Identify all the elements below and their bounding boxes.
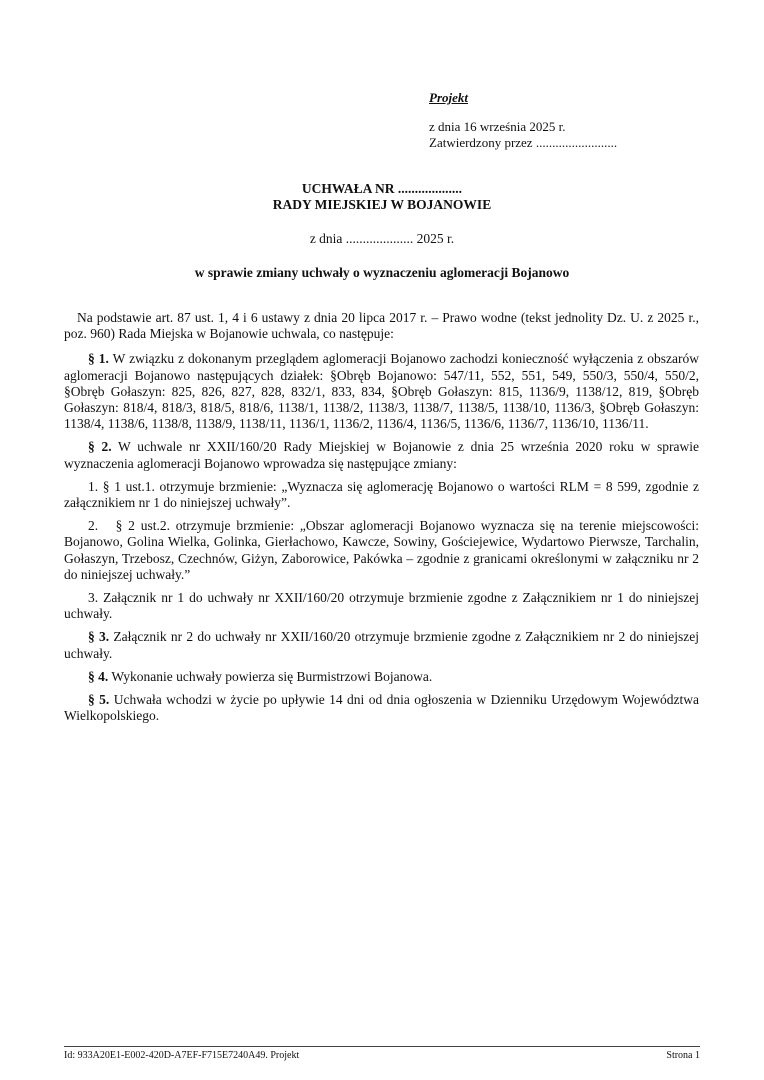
project-label: Projekt [429,90,617,106]
preamble: Na podstawie art. 87 ust. 1, 4 i 6 ustaw… [64,310,699,342]
section-2: § 2. W uchwale nr XXII/160/20 Rady Miejs… [64,439,699,471]
approved-by: Zatwierdzony przez .....................… [429,135,617,151]
section-2-item-1: 1. § 1 ust.1. otrzymuje brzmienie: „Wyzn… [64,479,699,511]
page-footer: Id: 933A20E1-E002-420D-A7EF-F715E7240A49… [64,1050,700,1062]
section-5: § 5. Uchwała wchodzi w życie po upływie … [64,692,699,724]
section-2-item-2: 2. § 2 ust.2. otrzymuje brzmienie: „Obsz… [64,518,699,583]
section-3: § 3. Załącznik nr 2 do uchwały nr XXII/1… [64,629,699,661]
title-line-2: RADY MIEJSKIEJ W BOJANOWIE [0,197,764,213]
project-date: z dnia 16 września 2025 r. [429,119,617,135]
resolution-date: z dnia .................... 2025 r. [0,231,764,247]
document-page: Projekt z dnia 16 września 2025 r. Zatwi… [0,0,764,1080]
resolution-body: Na podstawie art. 87 ust. 1, 4 i 6 ustaw… [64,310,699,731]
document-id: Id: 933A20E1-E002-420D-A7EF-F715E7240A49… [64,1050,299,1062]
section-4: § 4. Wykonanie uchwały powierza się Burm… [64,669,699,685]
page-number: Strona 1 [666,1050,700,1062]
resolution-title: UCHWAŁA NR ................... RADY MIEJ… [0,181,764,213]
resolution-subject: w sprawie zmiany uchwały o wyznaczeniu a… [0,265,764,281]
footer-divider [64,1046,700,1047]
project-header: Projekt z dnia 16 września 2025 r. Zatwi… [429,90,617,151]
section-1: § 1. W związku z dokonanym przeglądem ag… [64,351,699,432]
title-line-1: UCHWAŁA NR ................... [0,181,764,197]
section-2-item-3: 3. Załącznik nr 1 do uchwały nr XXII/160… [64,590,699,622]
